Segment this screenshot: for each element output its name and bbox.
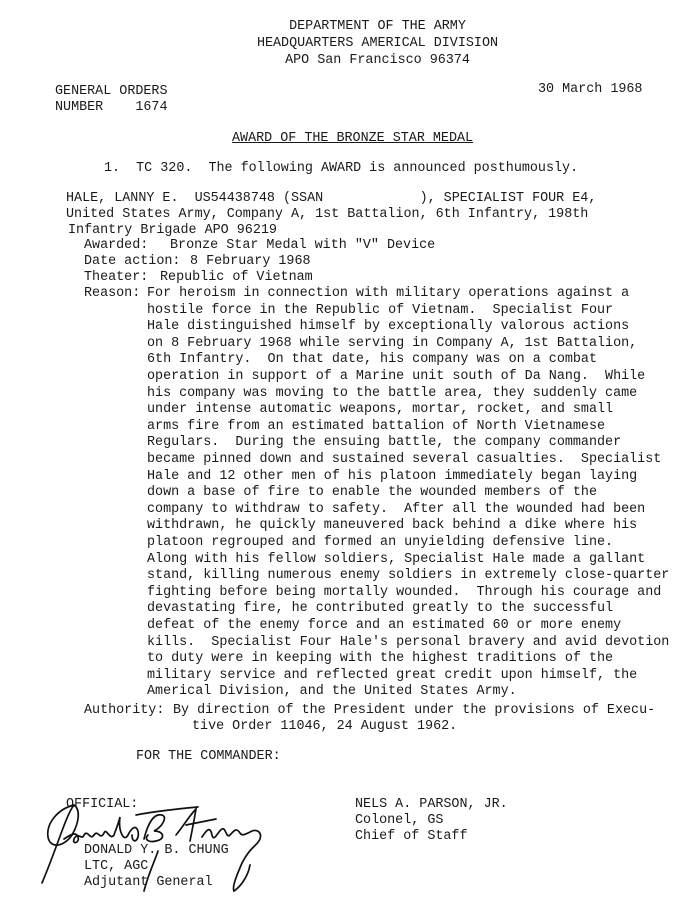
general-orders-label: GENERAL ORDERS: [55, 84, 168, 101]
theater-value: Republic of Vietnam: [160, 270, 313, 287]
reason-line: 6th Infantry. On that date, his company …: [147, 352, 597, 369]
authority-label: Authority:: [84, 703, 164, 720]
reason-line: hostile force in the Republic of Vietnam…: [147, 303, 613, 320]
chief-of-staff-title: Chief of Staff: [355, 829, 468, 846]
letterhead-department: DEPARTMENT OF THE ARMY: [55, 18, 700, 35]
letterhead: DEPARTMENT OF THE ARMY HEADQUARTERS AMER…: [0, 18, 700, 69]
reason-line: company to withdraw to safety. After all…: [147, 502, 645, 519]
reason-line: defeat of the enemy force and an estimat…: [147, 618, 621, 635]
reason-label: Reason:: [84, 286, 140, 303]
reason-line: became pinned down and sustained several…: [147, 452, 661, 469]
recipient-line-2: United States Army, Company A, 1st Batta…: [66, 207, 588, 224]
reason-line: down a base of fire to enable the wounde…: [147, 485, 597, 502]
reason-line: Along with his fellow soldiers, Speciali…: [147, 552, 645, 569]
reason-line: under intense automatic weapons, mortar,…: [147, 402, 613, 419]
reason-line: military service and reflected great cre…: [147, 668, 637, 685]
reason-line: to duty were in keeping with the highest…: [147, 651, 613, 668]
general-orders-number: NUMBER 1674: [55, 100, 168, 117]
adjutant-title: Adjutant General: [84, 875, 213, 892]
chief-of-staff-rank: Colonel, GS: [355, 813, 443, 830]
document-title: AWARD OF THE BRONZE STAR MEDAL: [232, 131, 473, 148]
reason-line: operation in support of a Marine unit so…: [147, 369, 645, 386]
reason-line: devastating fire, he contributed greatly…: [147, 601, 613, 618]
reason-line: fighting before being mortally wounded. …: [147, 585, 661, 602]
reason-line: arms fire from an estimated battalion of…: [147, 419, 605, 436]
authority-line-2: tive Order 11046, 24 August 1962.: [192, 719, 457, 736]
reason-line: his company was moving to the battle are…: [147, 386, 637, 403]
order-date: 30 March 1968: [538, 82, 642, 99]
reason-line: Hale distinguished himself by exceptiona…: [147, 319, 629, 336]
awarded-value: Bronze Star Medal with "V" Device: [170, 238, 435, 255]
recipient-line-1: HALE, LANNY E. US54438748 (SSAN ), SPECI…: [66, 191, 596, 208]
adjutant-rank: LTC, AGC: [84, 859, 148, 876]
reason-line: Americal Division, and the United States…: [147, 684, 517, 701]
authority-line-1: By direction of the President under the …: [173, 703, 655, 720]
date-action-value: 8 February 1968: [190, 254, 311, 271]
for-the-commander: FOR THE COMMANDER:: [136, 749, 281, 766]
reason-line: Regulars. During the ensuing battle, the…: [147, 435, 621, 452]
reason-line: stand, killing numerous enemy soldiers i…: [147, 568, 669, 585]
reason-line: Hale and 12 other men of his platoon imm…: [147, 469, 637, 486]
theater-label: Theater:: [84, 270, 148, 287]
reason-line: platoon regrouped and formed an unyieldi…: [147, 535, 613, 552]
awarded-label: Awarded:: [84, 238, 148, 255]
letterhead-apo: APO San Francisco 96374: [55, 52, 700, 69]
section-intro: 1. TC 320. The following AWARD is announ…: [104, 161, 578, 178]
chief-of-staff-name: NELS A. PARSON, JR.: [355, 797, 508, 814]
reason-line: kills. Specialist Four Hale's personal b…: [147, 635, 669, 652]
adjutant-name: DONALD Y. B. CHUNG: [84, 843, 229, 860]
letterhead-headquarters: HEADQUARTERS AMERICAL DIVISION: [55, 35, 700, 52]
reason-line: withdrawn, he quickly maneuvered back be…: [147, 518, 637, 535]
date-action-label: Date action:: [84, 254, 180, 271]
reason-line: on 8 February 1968 while serving in Comp…: [147, 336, 637, 353]
reason-line: For heroism in connection with military …: [147, 286, 629, 303]
